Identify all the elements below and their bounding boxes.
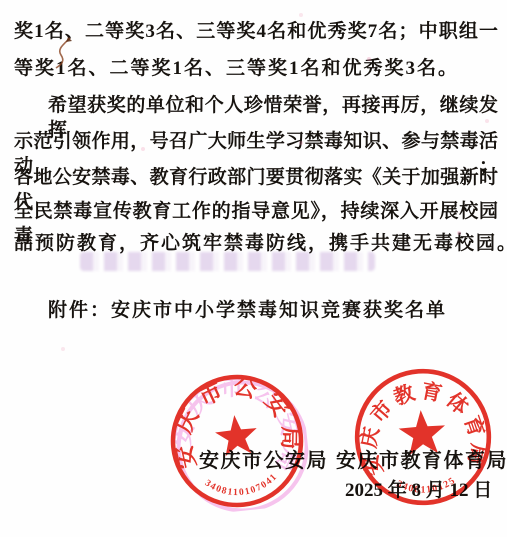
document-date: 2025 年 8 月 12 日 [345, 475, 492, 502]
pen-scratch-artifact [52, 36, 78, 70]
ink-bleedthrough-smudge [80, 252, 375, 271]
body-line-1: 奖1名、二等奖3名、三等奖4名和优秀奖7名；中职组一 [14, 20, 498, 45]
seal-code-text: 3408110107041 [202, 471, 281, 502]
signature-police-bureau: 安庆市公安局 [199, 444, 328, 473]
seal-ghost-impression: 安庆市公安局 [160, 364, 314, 518]
body-line-2: 等奖1名、二等奖1名、三等奖1名和优秀奖3名。 [14, 57, 498, 82]
scanned-document-page: 奖1名、二等奖3名、三等奖4名和优秀奖7名；中职组一 等奖1名、二等奖1名、三等… [0, 0, 507, 537]
scan-noise-specks [0, 0, 2, 2]
seal-outer-ring [167, 371, 308, 512]
signature-education-bureau: 安庆市教育体育局 [336, 444, 507, 473]
attachment-line: 附件：安庆市中小学禁毒知识竞赛获奖名单 [48, 295, 447, 322]
official-seal-police: 安庆市公安局 安庆市公安局 3408110107041 [160, 364, 314, 518]
